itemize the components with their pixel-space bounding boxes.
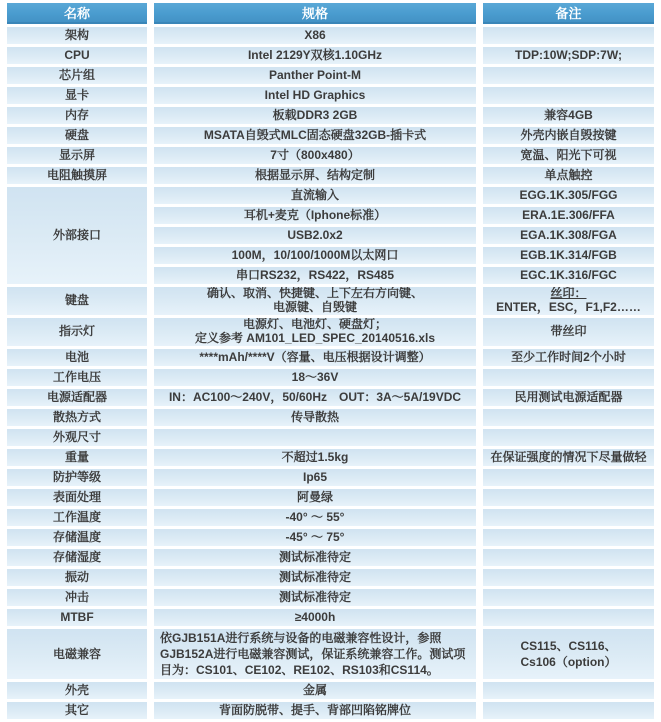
spec-note-cell bbox=[483, 409, 654, 426]
spec-table: 名称 规格 备注 架构X86CPUIntel 2129Y双核1.10GHzTDP… bbox=[0, 0, 661, 722]
table-row: 架构X86 bbox=[7, 27, 654, 44]
spec-value-cell: 背面防脱带、提手、背部凹陷铭牌位 bbox=[154, 702, 476, 719]
table-row: 散热方式传导散热 bbox=[7, 409, 654, 426]
spec-note-cell: 单点触控 bbox=[483, 167, 654, 184]
table-row: 显卡Intel HD Graphics bbox=[7, 87, 654, 104]
spec-value-cell: 电源灯、电池灯、硬盘灯； 定义参考 AM101_LED_SPEC_2014051… bbox=[154, 318, 476, 346]
spec-name-cell: 指示灯 bbox=[7, 318, 147, 346]
table-row: 芯片组Panther Point-M bbox=[7, 67, 654, 84]
table-row: 重量不超过1.5kg在保证强度的情况下尽量做轻 bbox=[7, 449, 654, 466]
spec-name-cell: 重量 bbox=[7, 449, 147, 466]
spec-value-cell: MSATA自毁式MLC固态硬盘32GB-插卡式 bbox=[154, 127, 476, 144]
spec-value-cell: 不超过1.5kg bbox=[154, 449, 476, 466]
table-row: 工作电压18～36V bbox=[7, 369, 654, 386]
table-row: 冲击测试标准待定 bbox=[7, 589, 654, 606]
spec-value-cell: 金属 bbox=[154, 682, 476, 699]
spec-value-cell: 7寸（800x480） bbox=[154, 147, 476, 164]
table-row: 硬盘MSATA自毁式MLC固态硬盘32GB-插卡式外壳内嵌自毁按键 bbox=[7, 127, 654, 144]
spec-note-cell bbox=[483, 489, 654, 506]
spec-name-cell: 防护等级 bbox=[7, 469, 147, 486]
spec-value-cell bbox=[154, 429, 476, 446]
table-row: 内存板载DDR3 2GB兼容4GB bbox=[7, 107, 654, 124]
table-row: MTBF≥4000h bbox=[7, 609, 654, 626]
table-row: 其它背面防脱带、提手、背部凹陷铭牌位 bbox=[7, 702, 654, 719]
table-row: 电池****mAh/****V（容量、电压根据设计调整）至少工作时间2个小时 bbox=[7, 349, 654, 366]
spec-value-cell: ****mAh/****V（容量、电压根据设计调整） bbox=[154, 349, 476, 366]
spec-name-cell: 外壳 bbox=[7, 682, 147, 699]
spec-note-cell bbox=[483, 429, 654, 446]
spec-note-cell: EGA.1K.308/FGA bbox=[483, 227, 654, 244]
spec-value-cell: 串口RS232，RS422，RS485 bbox=[154, 267, 476, 284]
table-row: 外部接口直流输入EGG.1K.305/FGG bbox=[7, 187, 654, 204]
spec-note-cell: 民用测试电源适配器 bbox=[483, 389, 654, 406]
spec-note-cell bbox=[483, 469, 654, 486]
spec-value-cell: 测试标准待定 bbox=[154, 569, 476, 586]
spec-table-header: 名称 规格 备注 bbox=[7, 3, 654, 24]
spec-value-cell: ≥4000h bbox=[154, 609, 476, 626]
spec-value-cell: Intel 2129Y双核1.10GHz bbox=[154, 47, 476, 64]
spec-value-cell: Panther Point-M bbox=[154, 67, 476, 84]
spec-note-cell bbox=[483, 589, 654, 606]
spec-note-cell bbox=[483, 702, 654, 719]
table-row: 存储温度-45° ～ 75° bbox=[7, 529, 654, 546]
header-cell-note: 备注 bbox=[483, 3, 654, 24]
spec-note-cell: EGB.1K.314/FGB bbox=[483, 247, 654, 264]
spec-value-cell: Ip65 bbox=[154, 469, 476, 486]
spec-note-cell: 丝印： ENTER，ESC，F1,F2…… bbox=[483, 287, 654, 315]
spec-name-cell: 显卡 bbox=[7, 87, 147, 104]
table-row: 外壳金属 bbox=[7, 682, 654, 699]
spec-name-cell: 电源适配器 bbox=[7, 389, 147, 406]
spec-value-cell: Intel HD Graphics bbox=[154, 87, 476, 104]
spec-name-cell: MTBF bbox=[7, 609, 147, 626]
spec-note-cell: 兼容4GB bbox=[483, 107, 654, 124]
spec-value-cell: -40° ～ 55° bbox=[154, 509, 476, 526]
spec-note-cell: TDP:10W;SDP:7W; bbox=[483, 47, 654, 64]
table-row: CPUIntel 2129Y双核1.10GHzTDP:10W;SDP:7W; bbox=[7, 47, 654, 64]
spec-name-cell: 冲击 bbox=[7, 589, 147, 606]
spec-note-cell: 带丝印 bbox=[483, 318, 654, 346]
spec-note-cell: 至少工作时间2个小时 bbox=[483, 349, 654, 366]
spec-note-cell bbox=[483, 369, 654, 386]
header-row: 名称 规格 备注 bbox=[7, 3, 654, 24]
spec-value-cell: 直流输入 bbox=[154, 187, 476, 204]
spec-note-cell bbox=[483, 549, 654, 566]
spec-value-cell: 测试标准待定 bbox=[154, 589, 476, 606]
spec-name-cell: 内存 bbox=[7, 107, 147, 124]
spec-value-cell: 传导散热 bbox=[154, 409, 476, 426]
spec-name-cell: 电磁兼容 bbox=[7, 629, 147, 679]
spec-note-cell: CS115、CS116、 Cs106（option） bbox=[483, 629, 654, 679]
table-row: 存储湿度测试标准待定 bbox=[7, 549, 654, 566]
spec-value-cell: 确认、取消、快捷键、上下左右方向键、 电源键、自毁键 bbox=[154, 287, 476, 315]
spec-note-cell bbox=[483, 609, 654, 626]
table-row: 表面处理阿曼绿 bbox=[7, 489, 654, 506]
table-row: 外观尺寸 bbox=[7, 429, 654, 446]
spec-note-cell: 在保证强度的情况下尽量做轻 bbox=[483, 449, 654, 466]
table-row: 振动测试标准待定 bbox=[7, 569, 654, 586]
spec-value-cell: -45° ～ 75° bbox=[154, 529, 476, 546]
spec-name-cell: 其它 bbox=[7, 702, 147, 719]
spec-note-cell bbox=[483, 529, 654, 546]
spec-note-cell: EGC.1K.316/FGC bbox=[483, 267, 654, 284]
spec-name-cell: 芯片组 bbox=[7, 67, 147, 84]
spec-note-cell: 宽温、阳光下可视 bbox=[483, 147, 654, 164]
spec-note-cell bbox=[483, 27, 654, 44]
spec-name-cell: 散热方式 bbox=[7, 409, 147, 426]
spec-value-cell: X86 bbox=[154, 27, 476, 44]
spec-note-cell bbox=[483, 569, 654, 586]
spec-name-cell: 表面处理 bbox=[7, 489, 147, 506]
spec-value-cell: USB2.0x2 bbox=[154, 227, 476, 244]
spec-value-cell: IN：AC100～240V，50/60Hz OUT：3A～5A/19VDC bbox=[154, 389, 476, 406]
spec-note-cell bbox=[483, 87, 654, 104]
spec-value-cell: 阿曼绿 bbox=[154, 489, 476, 506]
spec-name-cell: 存储温度 bbox=[7, 529, 147, 546]
header-cell-spec: 规格 bbox=[154, 3, 476, 24]
table-row: 防护等级Ip65 bbox=[7, 469, 654, 486]
spec-name-cell: 架构 bbox=[7, 27, 147, 44]
table-row: 工作温度-40° ～ 55° bbox=[7, 509, 654, 526]
spec-name-cell: 外部接口 bbox=[7, 187, 147, 284]
spec-table-body: 架构X86CPUIntel 2129Y双核1.10GHzTDP:10W;SDP:… bbox=[7, 27, 654, 719]
spec-value-cell: 根据显示屏、结构定制 bbox=[154, 167, 476, 184]
spec-value-cell: 18～36V bbox=[154, 369, 476, 386]
spec-value-cell: 测试标准待定 bbox=[154, 549, 476, 566]
spec-name-cell: 键盘 bbox=[7, 287, 147, 315]
spec-name-cell: 外观尺寸 bbox=[7, 429, 147, 446]
spec-value-cell: 板载DDR3 2GB bbox=[154, 107, 476, 124]
spec-value-cell: 100M，10/100/1000M以太网口 bbox=[154, 247, 476, 264]
table-row: 电磁兼容依GJB151A进行系统与设备的电磁兼容性设计，参照GJB152A进行电… bbox=[7, 629, 654, 679]
spec-value-cell: 耳机+麦克（Iphone标准） bbox=[154, 207, 476, 224]
spec-value-cell: 依GJB151A进行系统与设备的电磁兼容性设计，参照GJB152A进行电磁兼容测… bbox=[154, 629, 476, 679]
table-row: 键盘确认、取消、快捷键、上下左右方向键、 电源键、自毁键丝印： ENTER，ES… bbox=[7, 287, 654, 315]
spec-name-cell: 工作温度 bbox=[7, 509, 147, 526]
spec-name-cell: 振动 bbox=[7, 569, 147, 586]
spec-name-cell: 硬盘 bbox=[7, 127, 147, 144]
spec-name-cell: 工作电压 bbox=[7, 369, 147, 386]
table-row: 显示屏7寸（800x480）宽温、阳光下可视 bbox=[7, 147, 654, 164]
table-row: 电源适配器IN：AC100～240V，50/60Hz OUT：3A～5A/19V… bbox=[7, 389, 654, 406]
spec-note-cell bbox=[483, 67, 654, 84]
spec-name-cell: CPU bbox=[7, 47, 147, 64]
spec-name-cell: 存储湿度 bbox=[7, 549, 147, 566]
spec-name-cell: 电阻触摸屏 bbox=[7, 167, 147, 184]
table-row: 指示灯电源灯、电池灯、硬盘灯； 定义参考 AM101_LED_SPEC_2014… bbox=[7, 318, 654, 346]
spec-note-cell bbox=[483, 682, 654, 699]
spec-note-cell: ERA.1E.306/FFA bbox=[483, 207, 654, 224]
spec-note-cell: EGG.1K.305/FGG bbox=[483, 187, 654, 204]
spec-name-cell: 显示屏 bbox=[7, 147, 147, 164]
spec-note-cell bbox=[483, 509, 654, 526]
header-cell-name: 名称 bbox=[7, 3, 147, 24]
spec-note-cell: 外壳内嵌自毁按键 bbox=[483, 127, 654, 144]
table-row: 电阻触摸屏根据显示屏、结构定制单点触控 bbox=[7, 167, 654, 184]
spec-name-cell: 电池 bbox=[7, 349, 147, 366]
